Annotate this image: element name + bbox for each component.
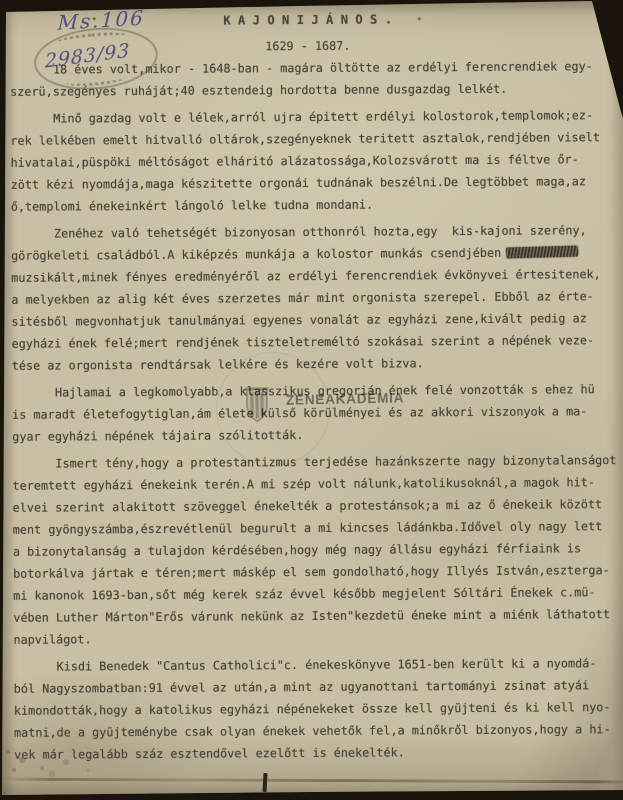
paragraph: Minő gazdag volt e lélek,arról ujra épit… bbox=[10, 104, 615, 218]
page-content: Ms.106 2983/93 K A J O N I J Á N O S . 1… bbox=[0, 0, 623, 800]
paper: Ms.106 2983/93 K A J O N I J Á N O S . 1… bbox=[0, 0, 623, 800]
text-line: 18 éves volt,mikor - 1648-ban - magára ö… bbox=[10, 55, 614, 81]
zeneakademia-stamp: ZENEAKADÉMIA bbox=[238, 379, 429, 431]
text-line: ő,templomi énekeinkért lángoló lelke tud… bbox=[11, 192, 615, 218]
paragraph: Ismert tény,hogy a protestantizmus terje… bbox=[12, 449, 617, 651]
overstruck-word bbox=[506, 246, 578, 259]
paragraph: Kisdi Benedek "Cantus Catholici"c. éneke… bbox=[14, 652, 619, 766]
life-dates: 1629 - 1687. bbox=[0, 37, 618, 55]
text-line: vében Luther Márton"Erős várunk nekünk a… bbox=[13, 603, 617, 629]
text-line: matni,de a gyüjteménybe csak olyan éneke… bbox=[14, 718, 618, 744]
zeneakademia-stamp-text: ZENEAKADÉMIA bbox=[286, 390, 405, 407]
document-title: K A J O N I J Á N O S . bbox=[0, 11, 618, 29]
photo-background: Ms.106 2983/93 K A J O N I J Á N O S . 1… bbox=[0, 0, 623, 800]
text-line: egyházi ének felé;mert rendjének tisztel… bbox=[12, 329, 616, 355]
paragraph: Zenéhez való tehetségét bizonyosan ottho… bbox=[11, 219, 616, 377]
paragraph: 18 éves volt,mikor - 1648-ban - magára ö… bbox=[10, 55, 614, 103]
stain-speckles bbox=[6, 750, 10, 754]
text-line: zött kézi nyomdája,maga készitette orgon… bbox=[11, 170, 615, 196]
text-line: szerü,szegényes ruháját;40 esztendeig ho… bbox=[10, 77, 614, 103]
text-line: napvilágot. bbox=[13, 625, 617, 651]
text-line: vek már legalább száz esztendővel ezelőt… bbox=[14, 740, 618, 766]
crest-icon bbox=[244, 386, 271, 425]
